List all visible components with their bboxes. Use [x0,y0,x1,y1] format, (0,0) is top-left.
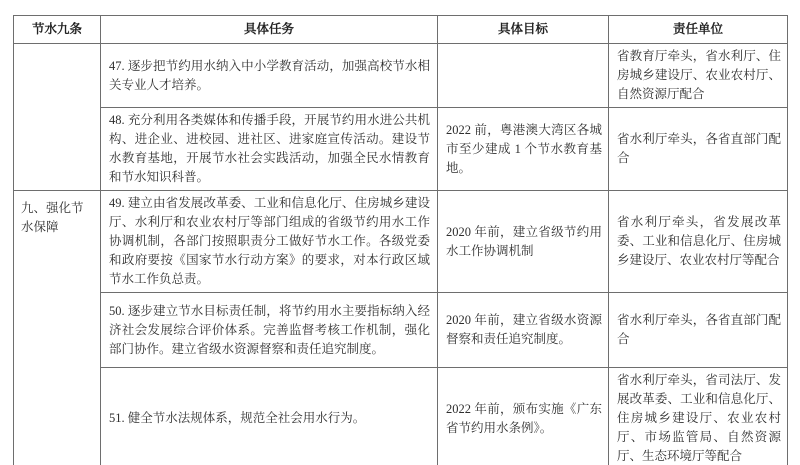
table-row-47: 47. 逐步把节约用水纳入中小学教育活动，加强高校节水相关专业人才培养。 省教育… [14,44,788,108]
section-cell-empty [14,44,101,191]
responsible-cell-51: 省水利厅牵头，省司法厅、发展改革委、工业和信息化厅、住房城乡建设厅、农业农村厅、… [609,368,788,465]
table-row-49: 九、强化节水保障 49. 建立由省发展改革委、工业和信息化厅、住房城乡建设厅、水… [14,191,788,293]
responsible-cell-48: 省水利厅牵头，各省直部门配合 [609,108,788,191]
goal-cell-47 [438,44,609,108]
water-saving-action-table: 节水九条 具体任务 具体目标 责任单位 47. 逐步把节约用水纳入中小学教育活动… [13,15,788,465]
task-cell-47: 47. 逐步把节约用水纳入中小学教育活动，加强高校节水相关专业人才培养。 [101,44,438,108]
goal-cell-51: 2022 年前，颁布实施《广东省节约用水条例》。 [438,368,609,465]
responsible-cell-47: 省教育厅牵头，省水利厅、住房城乡建设厅、农业农村厅、自然资源厅配合 [609,44,788,108]
column-header-goal: 具体目标 [438,16,609,44]
responsible-cell-49: 省水利厅牵头，省发展改革委、工业和信息化厅、住房城乡建设厅、农业农村厅等配合 [609,191,788,293]
task-cell-48: 48. 充分利用各类媒体和传播手段，开展节约用水进公共机构、进企业、进校园、进社… [101,108,438,191]
task-cell-51: 51. 健全节水法规体系，规范全社会用水行为。 [101,368,438,465]
column-header-section: 节水九条 [14,16,101,44]
table-row-48: 48. 充分利用各类媒体和传播手段，开展节约用水进公共机构、进企业、进校园、进社… [14,108,788,191]
goal-cell-50: 2020 年前，建立省级水资源督察和责任追究制度。 [438,293,609,368]
task-cell-50: 50. 逐步建立节水目标责任制，将节约用水主要指标纳入经济社会发展综合评价体系。… [101,293,438,368]
responsible-cell-50: 省水利厅牵头，各省直部门配合 [609,293,788,368]
table-header-row: 节水九条 具体任务 具体目标 责任单位 [14,16,788,44]
task-cell-49: 49. 建立由省发展改革委、工业和信息化厅、住房城乡建设厅、水利厅和农业农村厅等… [101,191,438,293]
column-header-responsible-unit: 责任单位 [609,16,788,44]
goal-cell-49: 2020 年前，建立省级节约用水工作协调机制 [438,191,609,293]
table-row-50: 50. 逐步建立节水目标责任制，将节约用水主要指标纳入经济社会发展综合评价体系。… [14,293,788,368]
section-cell-label: 九、强化节水保障 [14,191,101,465]
column-header-task: 具体任务 [101,16,438,44]
goal-cell-48: 2022 前，粤港澳大湾区各城市至少建成 1 个节水教育基地。 [438,108,609,191]
table-row-51: 51. 健全节水法规体系，规范全社会用水行为。 2022 年前，颁布实施《广东省… [14,368,788,465]
document-page: 节水九条 具体任务 具体目标 责任单位 47. 逐步把节约用水纳入中小学教育活动… [0,0,800,465]
